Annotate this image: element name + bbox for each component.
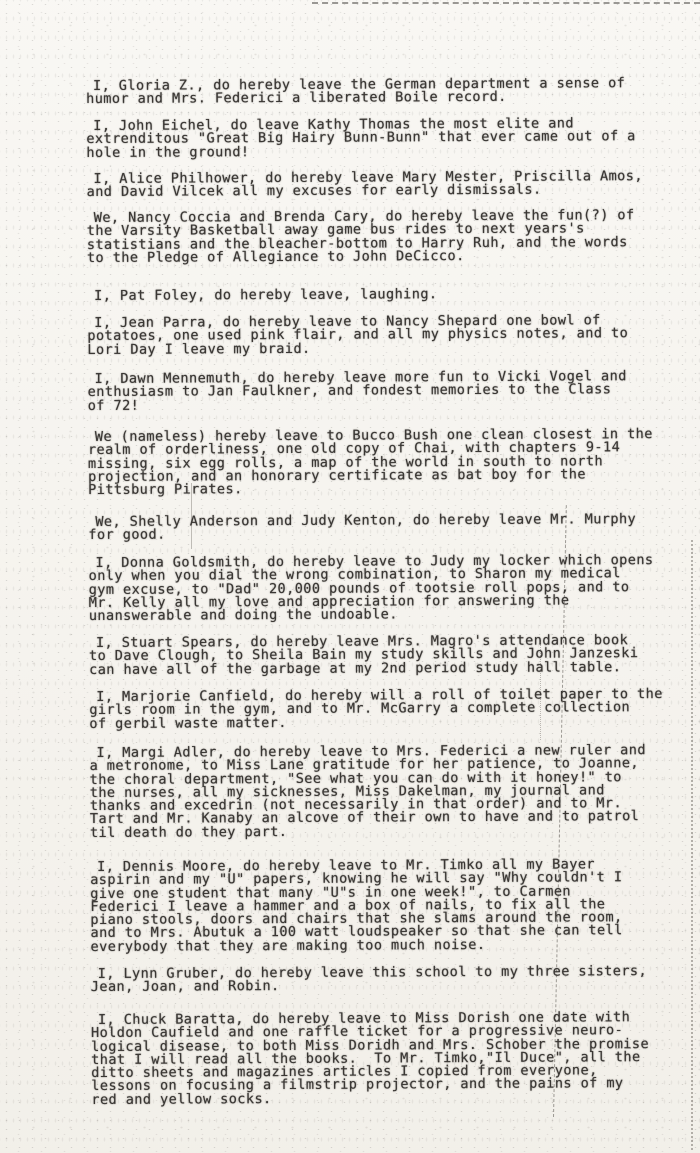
- text-block: I, Gloria Z., do hereby leave the German…: [0, 0, 700, 1153]
- will-paragraph-3: I, Alice Philhower, do hereby leave Mary…: [86, 170, 643, 200]
- text-line: Lori Day I leave my braid.: [87, 341, 628, 357]
- document-page: { "page": { "type": "scanned-typewritten…: [0, 0, 700, 1153]
- will-paragraph-12: I, Marjorie Canfield, do hereby will a r…: [89, 688, 663, 731]
- will-paragraph-6: I, Jean Parra, do hereby leave to Nancy …: [87, 314, 628, 357]
- will-paragraph-14: I, Dennis Moore, do hereby leave to Mr. …: [90, 858, 623, 954]
- will-paragraph-13: I, Margi Adler, do hereby leave to Mrs. …: [89, 744, 646, 840]
- will-paragraph-2: I, John Eichel, do leave Kathy Thomas th…: [86, 117, 636, 160]
- text-line: I, Pat Foley, do hereby leave, laughing.: [87, 288, 437, 303]
- text-line: unanswerable and doing the undoable.: [89, 607, 654, 623]
- text-line: We, Shelly Anderson and Judy Kenton, do …: [88, 513, 636, 529]
- text-line: Pittsburg Pirates.: [88, 481, 653, 497]
- will-paragraph-11: I, Stuart Spears, do hereby leave Mrs. M…: [89, 634, 639, 677]
- will-paragraph-16: I, Chuck Baratta, do hereby leave to Mis…: [91, 1011, 649, 1107]
- text-line: Jean, Joan, and Robin.: [91, 978, 647, 994]
- will-paragraph-1: I, Gloria Z., do hereby leave the German…: [86, 77, 625, 106]
- will-paragraph-9: We, Shelly Anderson and Judy Kenton, do …: [88, 513, 636, 542]
- will-paragraph-10: I, Donna Goldsmith, do hereby leave to J…: [88, 554, 653, 623]
- text-line: can have all of the garbage at my 2nd pe…: [89, 661, 638, 677]
- text-line: til death do they part.: [90, 824, 646, 840]
- will-paragraph-4: We, Nancy Coccia and Brenda Cary, do her…: [87, 209, 635, 265]
- text-line: hole in the ground!: [86, 144, 635, 160]
- will-paragraph-5: I, Pat Foley, do hereby leave, laughing.: [87, 288, 437, 303]
- text-line: humor and Mrs. Federici a liberated Boil…: [86, 90, 625, 106]
- will-paragraph-15: I, Lynn Gruber, do hereby leave this sch…: [91, 965, 648, 995]
- will-paragraph-7: I, Dawn Mennemuth, do hereby leave more …: [88, 370, 627, 413]
- text-line: red and yellow socks.: [91, 1091, 649, 1107]
- text-line: everybody that they are making too much …: [91, 938, 623, 954]
- text-line: of gerbil waste matter.: [89, 715, 663, 731]
- text-line: enthusiasm to Jan Faulkner, and fondest …: [88, 383, 627, 399]
- text-line: to the Pledge of Allegiance to John DeCi…: [87, 249, 635, 265]
- text-line: and David Vilcek all my excuses for earl…: [87, 183, 643, 199]
- will-paragraph-8: We (nameless) hereby leave to Bucco Bush…: [88, 428, 653, 497]
